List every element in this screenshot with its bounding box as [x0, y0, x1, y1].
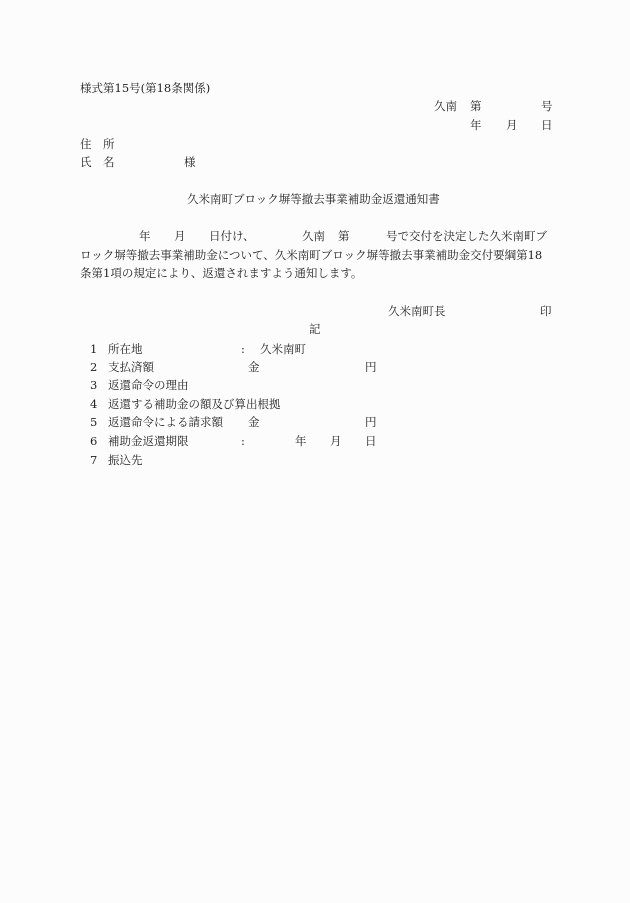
item-label: 返還命令による請求額	[108, 415, 223, 429]
name-label: 氏 名	[80, 155, 115, 169]
item-colon: :	[241, 434, 245, 448]
seal-mark: 印	[540, 304, 552, 318]
ki-heading: 記	[309, 322, 321, 336]
item-label: 返還命令の理由	[108, 378, 189, 392]
body-day-dated: 日付け、	[209, 229, 255, 243]
item-number: 2	[90, 360, 97, 374]
date-year: 年	[470, 118, 482, 132]
item-yen: 円	[365, 415, 377, 429]
body-line2: ロック塀等撤去事業補助金について、久米南町ブロック塀等撤去事業補助金交付要綱第1…	[80, 248, 542, 262]
document-title: 久米南町ブロック塀等撤去事業補助金返還通知書	[187, 192, 440, 206]
item-label: 補助金返還期限	[108, 434, 189, 448]
date-month: 月	[506, 118, 518, 132]
item-kin: 金	[248, 415, 260, 429]
issuer: 久米南町長	[388, 304, 446, 318]
item-value: 久米南町	[260, 342, 306, 356]
body-line1-rest: 号で交付を決定した久米南町ブ	[386, 229, 547, 243]
item-number: 3	[90, 378, 97, 392]
address-label: 住 所	[80, 137, 115, 151]
item-label: 振込先	[108, 453, 143, 467]
body-dai: 第	[338, 229, 350, 243]
item-year: 年	[295, 434, 307, 448]
body-year: 年	[139, 229, 151, 243]
item-month: 月	[330, 434, 342, 448]
form-label: 様式第15号(第18条関係)	[80, 81, 210, 95]
date-day: 日	[541, 118, 553, 132]
item-label: 支払済額	[108, 360, 154, 374]
honorific: 様	[184, 155, 196, 169]
item-day: 日	[365, 434, 377, 448]
item-number: 1	[90, 342, 97, 356]
item-number: 5	[90, 415, 97, 429]
body-line3: 条第1項の規定により、返還されますよう通知します。	[80, 266, 362, 280]
item-label: 所在地	[108, 342, 143, 356]
item-kin: 金	[248, 360, 260, 374]
ref-go: 号	[541, 99, 553, 113]
item-number: 4	[90, 397, 97, 411]
ref-org: 久南	[434, 99, 457, 113]
body-org: 久南	[302, 229, 325, 243]
ref-dai: 第	[470, 99, 482, 113]
item-number: 6	[90, 434, 97, 448]
item-number: 7	[90, 453, 97, 467]
item-colon: :	[241, 342, 245, 356]
item-label: 返還する補助金の額及び算出根拠	[108, 397, 281, 411]
item-yen: 円	[365, 360, 377, 374]
body-month: 月	[174, 229, 186, 243]
